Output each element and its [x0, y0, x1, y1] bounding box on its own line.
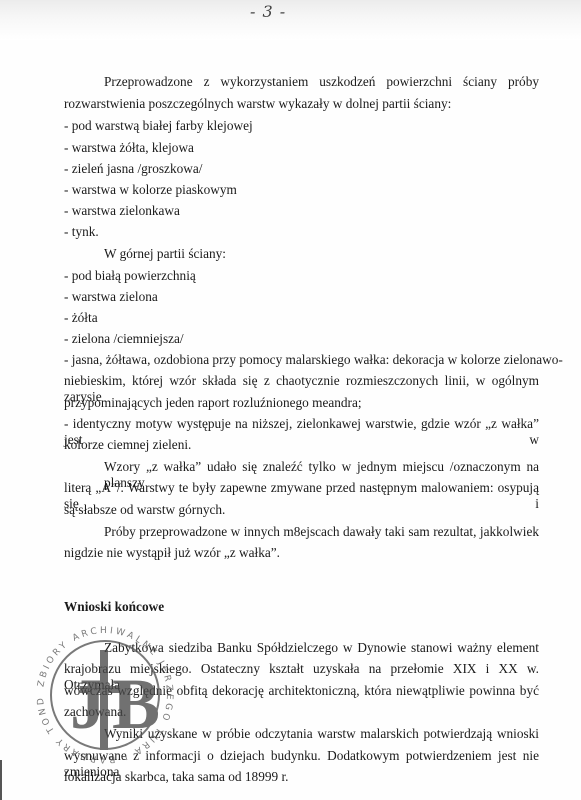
scan-edge: [0, 760, 2, 800]
paragraph-line: rozwarstwienia poszczególnych warstw wyk…: [64, 96, 451, 112]
list-item: - warstwa żółta, klejowa: [64, 140, 194, 156]
list-item: - warstwa w kolorze piaskowym: [64, 182, 237, 198]
list-item: - tynk.: [64, 224, 99, 240]
list-item: - zieleń jasna /groszkowa/: [64, 161, 202, 177]
scan-shadow: [0, 0, 581, 40]
list-item: - warstwa zielonkawa: [64, 203, 180, 219]
paragraph-line: nigdzie nie wystąpił już wzór „z wałka”.: [64, 545, 280, 561]
paragraph-line: Przeprowadzone z wykorzystaniem uszkodze…: [104, 74, 539, 90]
paragraph-line: przypominających jeden raport rozluźnion…: [64, 395, 362, 411]
list-item: - warstwa zielona: [64, 289, 158, 305]
paragraph-line: kolorze ciemnej zieleni.: [64, 437, 191, 453]
section-heading: Wnioski końcowe: [64, 599, 164, 615]
subheading: W górnej partii ściany:: [104, 246, 226, 262]
archive-stamp-icon: ZBIORY ARCHIWALNE JERZEGO TURA I BARBARY…: [30, 620, 180, 770]
document-page: - 3 - Przeprowadzone z wykorzystaniem us…: [0, 0, 581, 800]
list-item: - jasna, żółtawa, ozdobiona przy pomocy …: [64, 352, 563, 368]
page-number: - 3 -: [250, 2, 286, 21]
list-item: - żółta: [64, 310, 98, 326]
list-item: - pod białą powierzchnią: [64, 268, 196, 284]
paragraph-line: są słabsze od warstw górnych.: [64, 502, 225, 518]
svg-text:B: B: [112, 664, 160, 744]
paragraph-line: lokalizacja skarbca, taka sama od 18999 …: [64, 769, 288, 785]
list-item: - pod warstwą białej farby klejowej: [64, 118, 253, 134]
list-item: - zielona /ciemniejsza/: [64, 331, 184, 347]
paragraph-line: Próby przeprowadzone w innych m8ejscach …: [104, 524, 539, 540]
